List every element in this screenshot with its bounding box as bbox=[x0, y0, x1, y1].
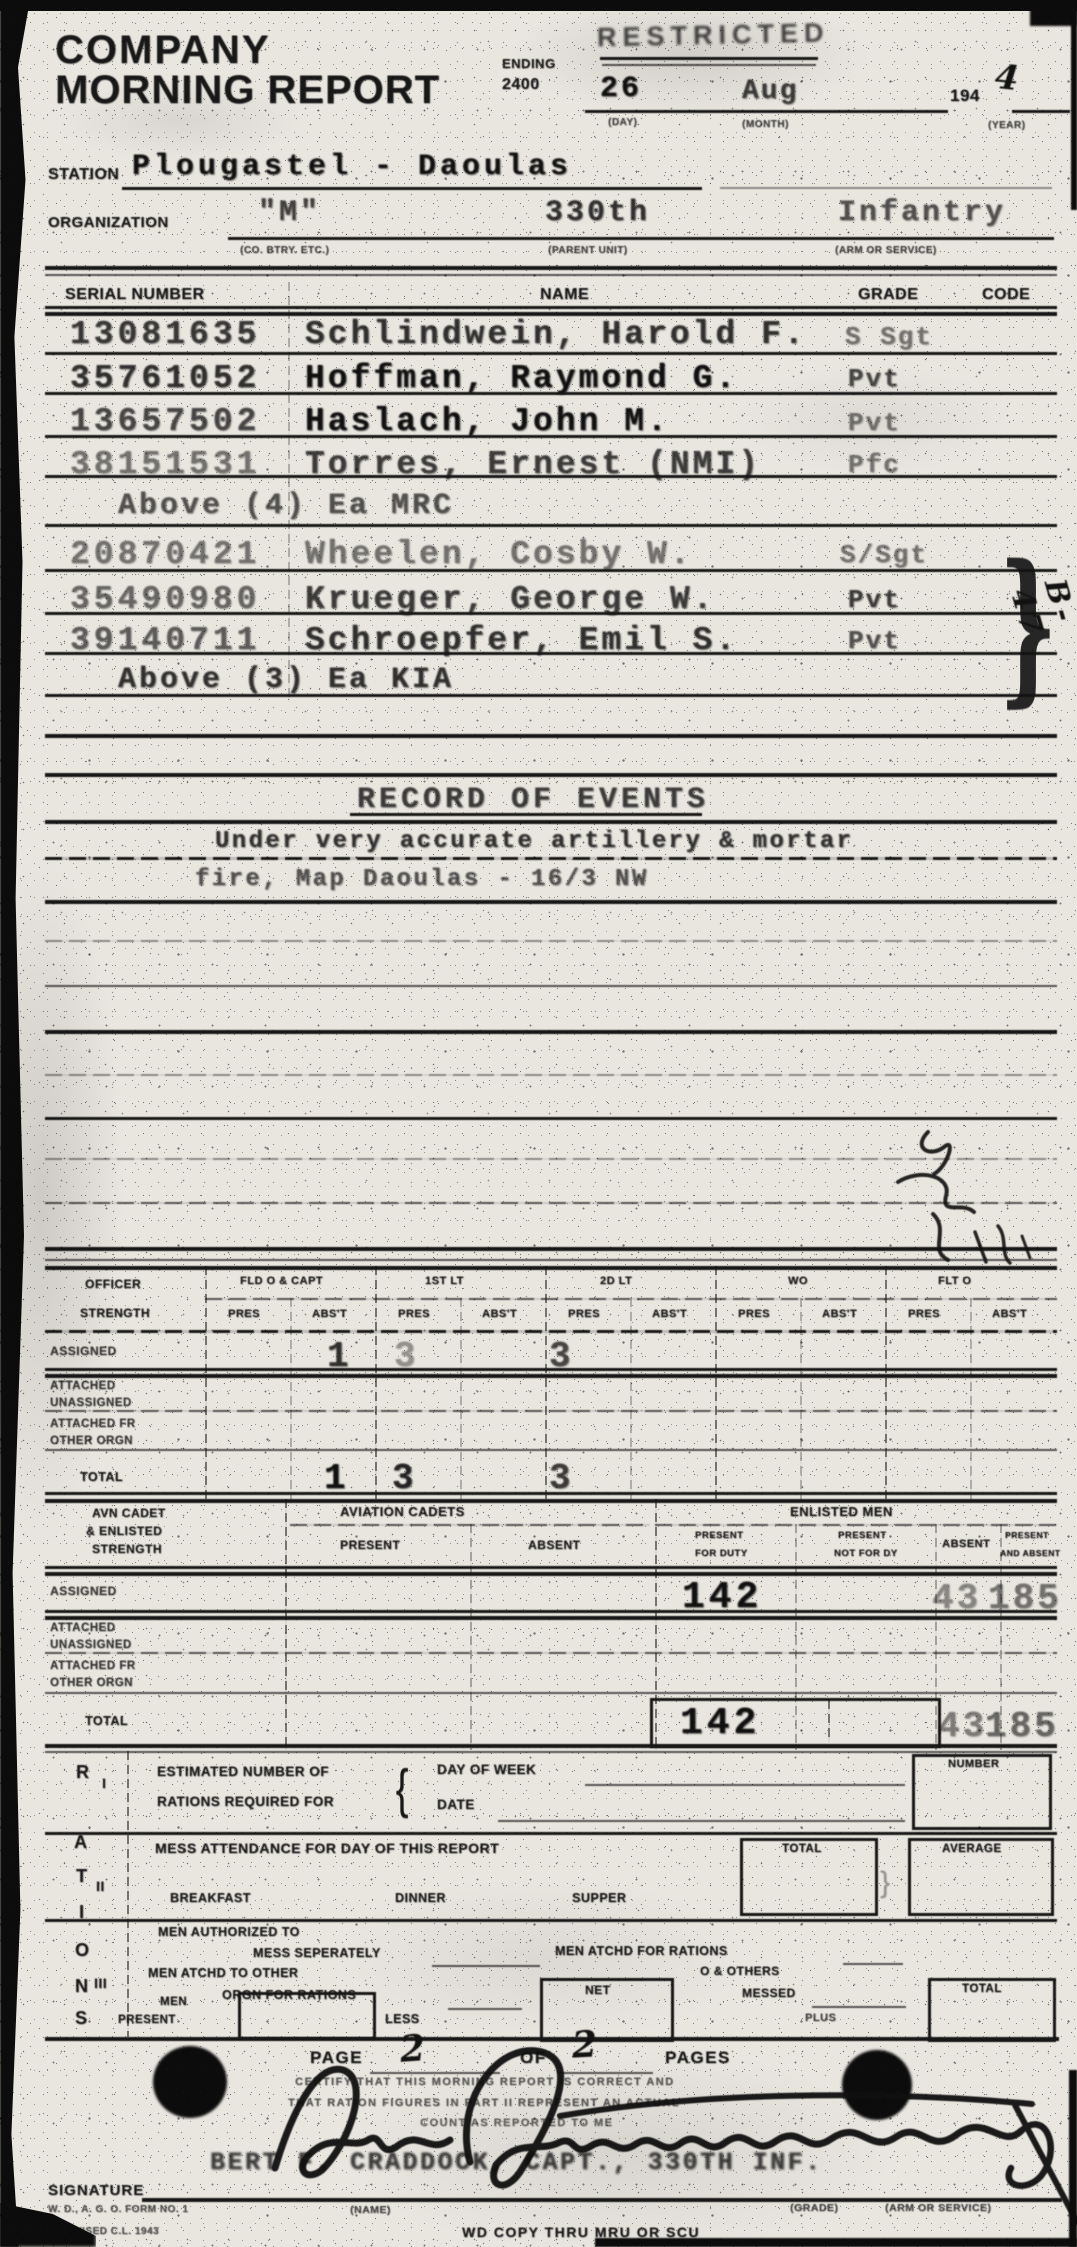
arm-service-sublabel: (ARM OR SERVICE) bbox=[885, 2202, 991, 2214]
form-number-line-1: W. D., A. G. O. FORM NO. 1 bbox=[48, 2204, 188, 2215]
signature-label: SIGNATURE bbox=[48, 2182, 144, 2199]
signed-name-typed: BERT F. CRADDOCK, CAPT., 330TH INF. bbox=[210, 2148, 823, 2177]
name-sublabel: (NAME) bbox=[350, 2204, 391, 2216]
grade-sublabel: (GRADE) bbox=[790, 2202, 838, 2214]
scan-edge-right-bottom bbox=[1069, 2070, 1077, 2247]
scan-edge-top bbox=[0, 0, 1077, 11]
morning-report-scan: COMPANY MORNING REPORT RESTRICTED ENDING… bbox=[0, 0, 1077, 2247]
scan-edge-bottom bbox=[595, 2238, 1077, 2247]
scan-edge-top-right bbox=[1030, 0, 1077, 26]
scan-edge-right bbox=[1071, 0, 1077, 210]
signature bbox=[0, 0, 1077, 2247]
